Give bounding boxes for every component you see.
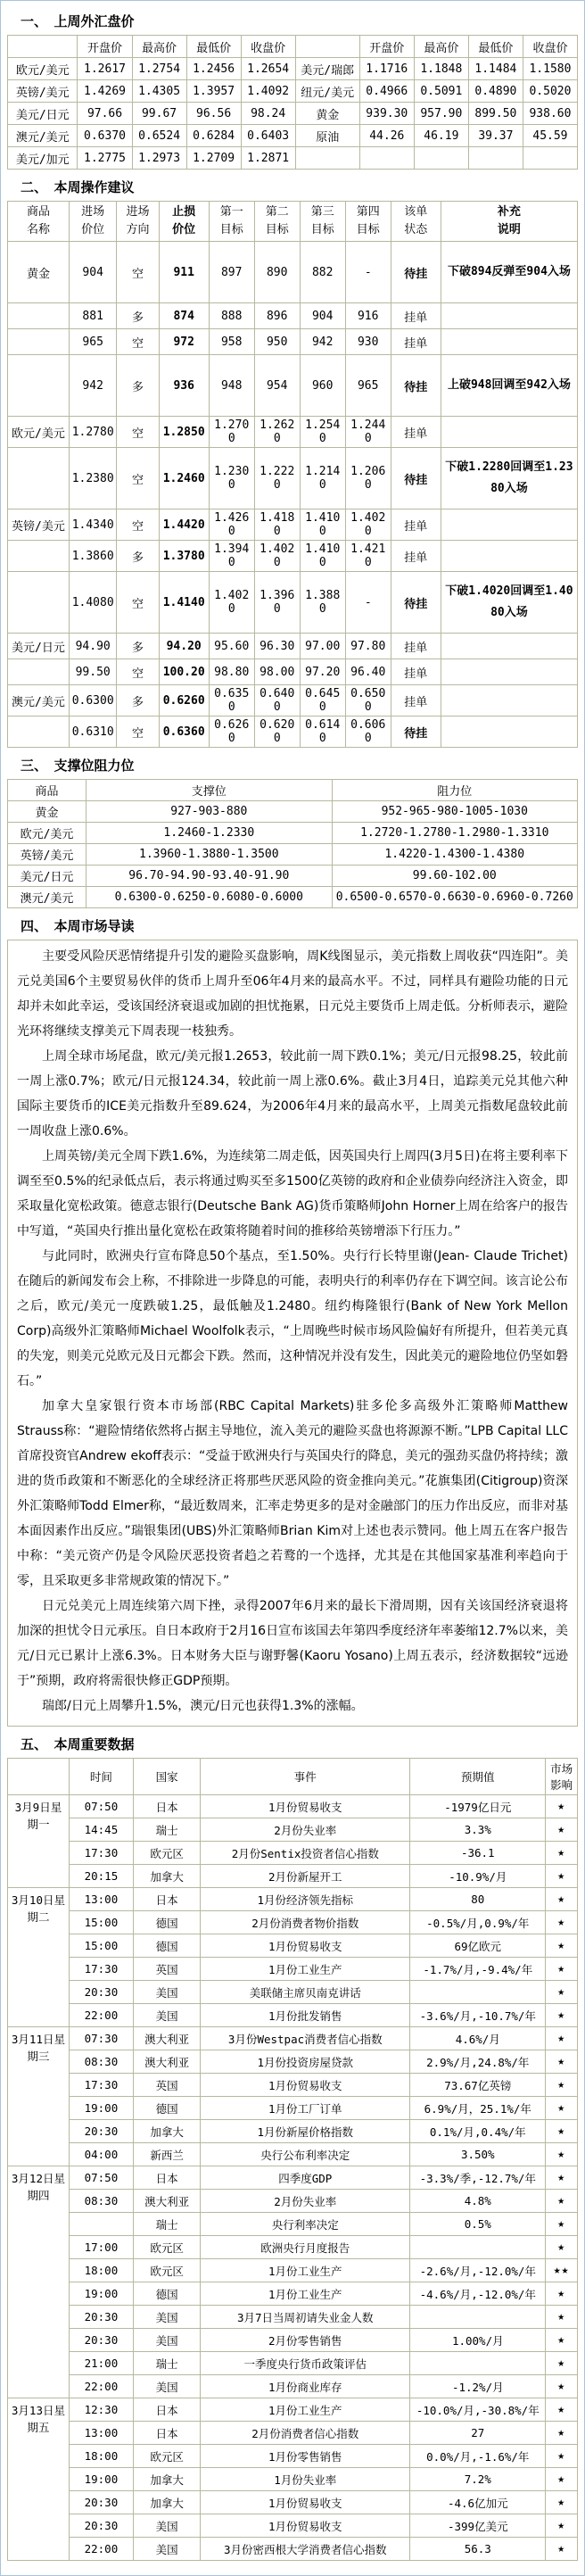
table-header-row: 时间国家事件预期值市场影响	[8, 1759, 578, 1795]
value-cell: 44.26	[359, 125, 414, 147]
section4-title: 四、 本周市场导读	[21, 916, 578, 935]
impact-stars: ★	[546, 2027, 578, 2050]
entry-price-cell: 0.6310	[69, 716, 117, 748]
impact-stars: ★	[546, 2375, 578, 2398]
value-cell: 938.60	[523, 103, 577, 125]
value-cell: 939.30	[359, 103, 414, 125]
time-cell: 18:00	[69, 2445, 133, 2468]
column-header	[8, 36, 78, 58]
entry-price-cell: 965	[69, 329, 117, 355]
column-header: 商品 名称	[8, 202, 70, 242]
table-row: 欧元/美元1.26171.27541.24561.2654美元/瑞郎1.1716…	[8, 58, 578, 80]
column-header: 预期值	[410, 1759, 546, 1795]
value-cell	[414, 147, 468, 170]
commodity-label-cell	[8, 716, 70, 748]
day-cell: 3月10日星期二	[8, 1888, 70, 2027]
direction-cell: 空	[117, 716, 159, 748]
calendar-row: 22:00美国3月份密西根大学消费者信心指数56.3★	[8, 2538, 578, 2561]
stop-loss-cell: 874	[159, 303, 209, 329]
calendar-row: 18:00欧元区1月份零售销售0.0%/月,-1.6%/年★	[8, 2445, 578, 2468]
country-cell: 日本	[133, 1795, 200, 1818]
country-cell: 日本	[133, 2422, 200, 2445]
note-cell	[441, 716, 577, 748]
time-cell: 15:00	[69, 1911, 133, 1934]
value-cell: 1.1716	[359, 58, 414, 80]
entry-price-cell: 1.3860	[69, 541, 117, 572]
value-cell	[359, 147, 414, 170]
order-status-cell: 待挂	[391, 572, 441, 634]
value-cell: 99.60-102.00	[332, 866, 577, 887]
commodity-label-cell	[8, 572, 70, 634]
order-status-cell: 待挂	[391, 716, 441, 748]
target2-cell: 1.2220	[254, 448, 300, 509]
event-cell: 2月份零售销售	[201, 2329, 410, 2352]
direction-cell: 空	[117, 448, 159, 509]
forecast-cell: 0.1%/月,0.4%/年	[410, 2120, 546, 2143]
direction-cell: 空	[117, 329, 159, 355]
country-cell: 德国	[133, 1911, 200, 1934]
direction-cell: 多	[117, 685, 159, 716]
country-cell: 澳大利亚	[133, 2190, 200, 2213]
note-cell	[441, 303, 577, 329]
weekly-economic-calendar-table: 时间国家事件预期值市场影响3月9日星期一07:50日本1月份贸易收支-1979亿…	[7, 1758, 578, 2561]
order-status-cell: 挂单	[391, 303, 441, 329]
suggestion-row: 欧元/美元1.2780空1.28501.27001.26201.25401.24…	[8, 417, 578, 448]
time-cell: 22:00	[69, 2004, 133, 2027]
target4-cell: -	[345, 572, 391, 634]
impact-stars: ★	[546, 2236, 578, 2259]
time-cell: 14:45	[69, 1818, 133, 1842]
forecast-cell	[410, 2352, 546, 2375]
impact-stars: ★★	[546, 2259, 578, 2282]
table-row: 英镑/美元1.3960-1.3880-1.35001.4220-1.4300-1…	[8, 844, 578, 866]
table-row: 美元/日元96.70-94.90-93.40-91.9099.60-102.00	[8, 866, 578, 887]
country-cell: 加拿大	[133, 1865, 200, 1888]
calendar-row: 17:30英国1月份工业生产-1.7%/月,-9.4%/年★	[8, 1958, 578, 1981]
impact-stars: ★	[546, 2004, 578, 2027]
order-status-cell: 挂单	[391, 509, 441, 541]
impact-stars: ★	[546, 2282, 578, 2306]
day-cell: 3月11日星期三	[8, 2027, 70, 2166]
target2-cell: 1.2620	[254, 417, 300, 448]
time-cell: 07:30	[69, 2027, 133, 2050]
value-cell: 0.4890	[468, 80, 523, 103]
forecast-cell: 6.9%/月，25.1%/年	[410, 2097, 546, 2120]
forecast-cell: -10.9%/月	[410, 1865, 546, 1888]
event-cell: 美联储主席贝南克讲话	[201, 1981, 410, 2004]
forecast-cell: 2.9%/月,24.8%/年	[410, 2050, 546, 2074]
calendar-row: 08:30澳大利亚1月份投资房屋贷款2.9%/月,24.8%/年★	[8, 2050, 578, 2074]
target1-cell: 1.3940	[209, 541, 254, 572]
impact-stars: ★	[546, 2213, 578, 2236]
target2-cell: 890	[254, 242, 300, 303]
country-cell: 瑞士	[133, 2213, 200, 2236]
calendar-row: 3月13日星期五12:30日本1月份工业生产-10.0%/月,-30.8%/年★	[8, 2398, 578, 2422]
row-label-cell: 黄金	[8, 801, 87, 823]
note-cell	[441, 685, 577, 716]
calendar-row: 3月10日星期二13:00日本1月份经济领先指标80★	[8, 1888, 578, 1911]
calendar-row: 17:30欧元区2月份Sentix投资者信心指数-36.1★	[8, 1842, 578, 1865]
event-cell: 1月份贸易收支	[201, 2491, 410, 2514]
table-row: 英镑/美元1.42691.43051.39571.4092纽元/美元0.4966…	[8, 80, 578, 103]
commodity-label-cell	[8, 303, 70, 329]
calendar-row: 14:45瑞士2月份失业率3.3%★	[8, 1818, 578, 1842]
calendar-row: 20:30美国3月7日当周初请失业金人数★	[8, 2306, 578, 2329]
impact-stars: ★	[546, 2491, 578, 2514]
guide-paragraph: 上周全球市场尾盘，欧元/美元报1.2653，较此前一周下跌0.1%；美元/日元报…	[17, 1044, 568, 1144]
guide-paragraph: 上周英镑/美元全周下跌1.6%，为连续第二周走低，因英国央行上周四(3月5日)在…	[17, 1144, 568, 1244]
row-label-cell: 美元/日元	[8, 103, 78, 125]
commodity-label-cell	[8, 659, 70, 685]
event-cell: 欧洲央行月度报告	[201, 2236, 410, 2259]
value-cell: 1.4305	[132, 80, 186, 103]
impact-stars: ★	[546, 2468, 578, 2491]
order-status-cell: 挂单	[391, 541, 441, 572]
target3-cell: 97.00	[300, 634, 345, 659]
support-resistance-table: 商品支撑位阻力位黄金927-903-880952-965-980-1005-10…	[7, 779, 578, 908]
suggestion-row: 澳元/美元0.6300多0.62600.63500.64000.64500.65…	[8, 685, 578, 716]
calendar-row: 20:30美国美联储主席贝南克讲话★	[8, 1981, 578, 2004]
target3-cell: 960	[300, 355, 345, 417]
value-cell	[523, 147, 577, 170]
country-cell: 欧元区	[133, 2445, 200, 2468]
suggestion-row: 99.50空100.2098.8098.0097.2096.40挂单	[8, 659, 578, 685]
event-cell: 3月份密西根大学消费者信心指数	[201, 2538, 410, 2561]
market-guide-box: 主要受风险厌恶情绪提升引发的避险买盘影响，周K线图显示，美元指数上周收获“四连阳…	[7, 940, 578, 1727]
section5-title: 五、 本周重要数据	[21, 1735, 578, 1753]
commodity-label-cell: 澳元/美元	[8, 685, 70, 716]
target1-cell: 98.80	[209, 659, 254, 685]
time-cell: 21:00	[69, 2352, 133, 2375]
row-label-cell: 欧元/美元	[8, 823, 87, 844]
value-cell: 0.6403	[241, 125, 295, 147]
commodity-label-cell: 英镑/美元	[8, 509, 70, 541]
order-status-cell: 挂单	[391, 417, 441, 448]
column-header: 时间	[69, 1759, 133, 1795]
event-cell: 2月份失业率	[201, 2190, 410, 2213]
value-cell: 1.1848	[414, 58, 468, 80]
forecast-cell: -4.6亿加元	[410, 2491, 546, 2514]
time-cell: 15:00	[69, 1934, 133, 1958]
time-cell: 20:30	[69, 2514, 133, 2538]
value-cell: 952-965-980-1005-1030	[332, 801, 577, 823]
forecast-cell: 56.3	[410, 2538, 546, 2561]
calendar-row: 20:30美国2月份零售销售1.00%/月★	[8, 2329, 578, 2352]
impact-stars: ★	[546, 1911, 578, 1934]
order-status-cell: 挂单	[391, 685, 441, 716]
forex-weekly-report-page: 一、 上周外汇盘价 开盘价最高价最低价收盘价开盘价最高价最低价收盘价欧元/美元1…	[0, 0, 585, 2576]
impact-stars: ★	[546, 2514, 578, 2538]
value-cell: 1.4220-1.4300-1.4380	[332, 844, 577, 866]
target3-cell: 1.4100	[300, 541, 345, 572]
forecast-cell	[410, 1981, 546, 2004]
suggestion-row: 1.3860多1.37801.39401.40201.41001.4210挂单	[8, 541, 578, 572]
impact-stars: ★	[546, 2166, 578, 2190]
guide-paragraph: 加拿大皇家银行资本市场部(RBC Capital Markets)驻多伦多高级外…	[17, 1394, 568, 1594]
forecast-cell: -2.6%/月,-12.0%/年	[410, 2259, 546, 2282]
suggestion-row: 美元/日元94.90多94.2095.6096.3097.0097.80挂单	[8, 634, 578, 659]
time-cell: 17:00	[69, 2236, 133, 2259]
forecast-cell: 80	[410, 1888, 546, 1911]
impact-stars: ★	[546, 2445, 578, 2468]
stop-loss-cell: 0.6360	[159, 716, 209, 748]
calendar-row: 17:00欧元区欧洲央行月度报告★	[8, 2236, 578, 2259]
time-cell: 20:15	[69, 1865, 133, 1888]
note-cell	[441, 417, 577, 448]
row-label-cell: 美元/加元	[8, 147, 78, 170]
calendar-row: 13:00日本2月份消费者信心指数27★	[8, 2422, 578, 2445]
value-cell: 0.5020	[523, 80, 577, 103]
impact-stars: ★	[546, 2398, 578, 2422]
column-header: 最高价	[132, 36, 186, 58]
forecast-cell	[410, 2306, 546, 2329]
target2-cell: 96.30	[254, 634, 300, 659]
note-cell: 下破1.4020回调至1.4080入场	[441, 572, 577, 634]
suggestion-row: 1.4080空1.41401.40201.39601.3880-待挂下破1.40…	[8, 572, 578, 634]
value-cell: 1.2617	[78, 58, 132, 80]
value-cell	[468, 147, 523, 170]
event-cell: 1月份贸易收支	[201, 1934, 410, 1958]
column-header: 第一 目标	[209, 202, 254, 242]
time-cell: 20:30	[69, 2329, 133, 2352]
calendar-row: 17:30英国1月份贸易收支73.67亿英镑★	[8, 2074, 578, 2097]
row-label-cell: 欧元/美元	[8, 58, 78, 80]
row-label-cell	[295, 147, 359, 170]
event-cell: 2月份Sentix投资者信心指数	[201, 1842, 410, 1865]
target4-cell: 1.2060	[345, 448, 391, 509]
event-cell: 2月份消费者信心指数	[201, 2422, 410, 2445]
section2-title: 二、 本周操作建议	[21, 178, 578, 196]
target4-cell: 930	[345, 329, 391, 355]
value-cell: 0.6500-0.6570-0.6630-0.6960-0.7260	[332, 887, 577, 908]
column-header: 最高价	[414, 36, 468, 58]
country-cell: 澳大利亚	[133, 2027, 200, 2050]
last-week-prices-table: 开盘价最高价最低价收盘价开盘价最高价最低价收盘价欧元/美元1.26171.275…	[7, 35, 578, 170]
column-header: 该单 状态	[391, 202, 441, 242]
impact-stars: ★	[546, 2120, 578, 2143]
value-cell: 1.2973	[132, 147, 186, 170]
column-header: 进场 价位	[69, 202, 117, 242]
country-cell: 欧元区	[133, 2236, 200, 2259]
table-row: 美元/加元1.27751.29731.27091.2871	[8, 147, 578, 170]
direction-cell: 多	[117, 303, 159, 329]
country-cell: 加拿大	[133, 2468, 200, 2491]
suggestion-row: 英镑/美元1.4340空1.44201.42601.41801.41001.40…	[8, 509, 578, 541]
column-header: 进场 方向	[117, 202, 159, 242]
note-cell	[441, 509, 577, 541]
value-cell: 96.56	[186, 103, 241, 125]
country-cell: 美国	[133, 1981, 200, 2004]
guide-paragraph: 与此同时，欧洲央行宣布降息50个基点，至1.50%。央行行长特里谢(Jean- …	[17, 1244, 568, 1394]
row-label-cell: 纽元/美元	[295, 80, 359, 103]
target4-cell: 1.4210	[345, 541, 391, 572]
country-cell: 日本	[133, 1888, 200, 1911]
value-cell: 1.2871	[241, 147, 295, 170]
direction-cell: 多	[117, 541, 159, 572]
forecast-cell: 0.5%	[410, 2213, 546, 2236]
time-cell: 07:50	[69, 2166, 133, 2190]
target3-cell: 942	[300, 329, 345, 355]
value-cell: 1.2775	[78, 147, 132, 170]
value-cell: 1.3957	[186, 80, 241, 103]
guide-paragraph: 瑞郎/日元上周攀升1.5%，澳元/日元也获得1.3%的涨幅。	[17, 1694, 568, 1719]
target1-cell: 0.6260	[209, 716, 254, 748]
entry-price-cell: 942	[69, 355, 117, 417]
table-row: 美元/日元97.6699.6796.5698.24黄金939.30957.908…	[8, 103, 578, 125]
column-header: 第二 目标	[254, 202, 300, 242]
stop-loss-cell: 94.20	[159, 634, 209, 659]
column-header: 止损 价位	[159, 202, 209, 242]
stop-loss-cell: 1.4420	[159, 509, 209, 541]
impact-stars: ★	[546, 2422, 578, 2445]
direction-cell: 空	[117, 417, 159, 448]
forecast-cell: 4.6%/月	[410, 2027, 546, 2050]
target4-cell: 1.4020	[345, 509, 391, 541]
value-cell: 96.70-94.90-93.40-91.90	[87, 866, 332, 887]
target2-cell: 896	[254, 303, 300, 329]
country-cell: 美国	[133, 2514, 200, 2538]
forecast-cell: -0.5%/月,0.9%/年	[410, 1911, 546, 1934]
target4-cell: 1.2440	[345, 417, 391, 448]
commodity-label-cell	[8, 541, 70, 572]
forecast-cell: 7.2%	[410, 2468, 546, 2491]
target1-cell: 1.4020	[209, 572, 254, 634]
target1-cell: 888	[209, 303, 254, 329]
column-header	[8, 1759, 70, 1795]
country-cell: 日本	[133, 2398, 200, 2422]
entry-price-cell: 94.90	[69, 634, 117, 659]
value-cell: 46.19	[414, 125, 468, 147]
time-cell: 12:30	[69, 2398, 133, 2422]
event-cell: 1月份批发销售	[201, 2004, 410, 2027]
table-header-row: 商品 名称进场 价位进场 方向止损 价位第一 目标第二 目标第三 目标第四 目标…	[8, 202, 578, 242]
stop-loss-cell: 1.2460	[159, 448, 209, 509]
forecast-cell: 27	[410, 2422, 546, 2445]
stop-loss-cell: 972	[159, 329, 209, 355]
column-header: 事件	[201, 1759, 410, 1795]
commodity-label-cell: 欧元/美元	[8, 417, 70, 448]
target1-cell: 1.4260	[209, 509, 254, 541]
value-cell: 1.2460-1.2330	[87, 823, 332, 844]
event-cell: 2月份消费者物价指数	[201, 1911, 410, 1934]
calendar-row: 22:00美国1月份批发销售-3.6%/月,-10.7%/年★	[8, 2004, 578, 2027]
value-cell: 957.90	[414, 103, 468, 125]
time-cell: 20:30	[69, 2120, 133, 2143]
calendar-row: 20:30加拿大1月份新屋价格指数0.1%/月,0.4%/年★	[8, 2120, 578, 2143]
entry-price-cell: 0.6300	[69, 685, 117, 716]
calendar-row: 3月11日星期三07:30澳大利亚3月份Westpac消费者信心指数4.6%/月…	[8, 2027, 578, 2050]
value-cell: 1.2754	[132, 58, 186, 80]
impact-stars: ★	[546, 2074, 578, 2097]
column-header: 阻力位	[332, 780, 577, 801]
country-cell: 新西兰	[133, 2143, 200, 2166]
country-cell: 美国	[133, 2004, 200, 2027]
value-cell: 1.1580	[523, 58, 577, 80]
value-cell: 1.2709	[186, 147, 241, 170]
value-cell: 0.4966	[359, 80, 414, 103]
country-cell: 加拿大	[133, 2491, 200, 2514]
suggestion-row: 881多874888896904916挂单	[8, 303, 578, 329]
event-cell: 3月份Westpac消费者信心指数	[201, 2027, 410, 2050]
day-cell: 3月9日星期一	[8, 1795, 70, 1888]
time-cell: 22:00	[69, 2538, 133, 2561]
event-cell: 2月份新屋开工	[201, 1865, 410, 1888]
time-cell: 08:30	[69, 2050, 133, 2074]
entry-price-cell: 904	[69, 242, 117, 303]
target2-cell: 0.6200	[254, 716, 300, 748]
entry-price-cell: 1.4080	[69, 572, 117, 634]
calendar-row: 19:00德国1月份工厂订单6.9%/月，25.1%/年★	[8, 2097, 578, 2120]
calendar-row: 19:00德国1月份工业生产-4.6%/月,-12.0%/年★	[8, 2282, 578, 2306]
day-cell: 3月12日星期四	[8, 2166, 70, 2398]
row-label-cell: 英镑/美元	[8, 844, 87, 866]
calendar-row: 3月9日星期一07:50日本1月份贸易收支-1979亿日元★	[8, 1795, 578, 1818]
stop-loss-cell: 1.3780	[159, 541, 209, 572]
time-cell: 17:30	[69, 1958, 133, 1981]
forecast-cell: 69亿欧元	[410, 1934, 546, 1958]
target3-cell: 1.4100	[300, 509, 345, 541]
country-cell: 美国	[133, 2329, 200, 2352]
target1-cell: 958	[209, 329, 254, 355]
forecast-cell: 73.67亿英镑	[410, 2074, 546, 2097]
country-cell: 英国	[133, 2074, 200, 2097]
country-cell: 德国	[133, 1934, 200, 1958]
calendar-row: 22:00美国1月份商业库存-1.2%/月★	[8, 2375, 578, 2398]
event-cell: 2月份失业率	[201, 1818, 410, 1842]
event-cell: 1月份工业生产	[201, 2282, 410, 2306]
note-cell	[441, 659, 577, 685]
forecast-cell: 0.0%/月,-1.6%/年	[410, 2445, 546, 2468]
direction-cell: 空	[117, 509, 159, 541]
column-header: 第四 目标	[345, 202, 391, 242]
value-cell: 45.59	[523, 125, 577, 147]
stop-loss-cell: 936	[159, 355, 209, 417]
calendar-row: 04:00新西兰央行公布利率决定3.50%★	[8, 2143, 578, 2166]
target1-cell: 0.6350	[209, 685, 254, 716]
table-row: 澳元/美元0.63700.65240.62840.6403原油44.2646.1…	[8, 125, 578, 147]
event-cell: 一季度央行货币政策评估	[201, 2352, 410, 2375]
target3-cell: 1.2140	[300, 448, 345, 509]
event-cell: 1月份零售销售	[201, 2445, 410, 2468]
column-header: 收盘价	[523, 36, 577, 58]
country-cell: 澳大利亚	[133, 2050, 200, 2074]
event-cell: 3月7日当周初请失业金人数	[201, 2306, 410, 2329]
impact-stars: ★	[546, 2143, 578, 2166]
section3-title: 三、 支撑位阻力位	[21, 756, 578, 774]
target3-cell: 0.6450	[300, 685, 345, 716]
target1-cell: 897	[209, 242, 254, 303]
impact-stars: ★	[546, 2190, 578, 2213]
column-header: 补充 说明	[441, 202, 577, 242]
row-label-cell: 澳元/美元	[8, 887, 87, 908]
target2-cell: 950	[254, 329, 300, 355]
value-cell: 1.3960-1.3880-1.3500	[87, 844, 332, 866]
stop-loss-cell: 100.20	[159, 659, 209, 685]
suggestion-row: 965空972958950942930挂单	[8, 329, 578, 355]
table-row: 澳元/美元0.6300-0.6250-0.6080-0.60000.6500-0…	[8, 887, 578, 908]
country-cell: 德国	[133, 2097, 200, 2120]
country-cell: 美国	[133, 2306, 200, 2329]
forecast-cell: -1.7%/月,-9.4%/年	[410, 1958, 546, 1981]
event-cell: 1月份经济领先指标	[201, 1888, 410, 1911]
stop-loss-cell: 1.4140	[159, 572, 209, 634]
value-cell: 1.4092	[241, 80, 295, 103]
time-cell: 19:00	[69, 2468, 133, 2491]
target3-cell: 97.20	[300, 659, 345, 685]
event-cell: 1月份贸易收支	[201, 2514, 410, 2538]
country-cell: 加拿大	[133, 2120, 200, 2143]
calendar-row: 21:00瑞士一季度央行货币政策评估★	[8, 2352, 578, 2375]
